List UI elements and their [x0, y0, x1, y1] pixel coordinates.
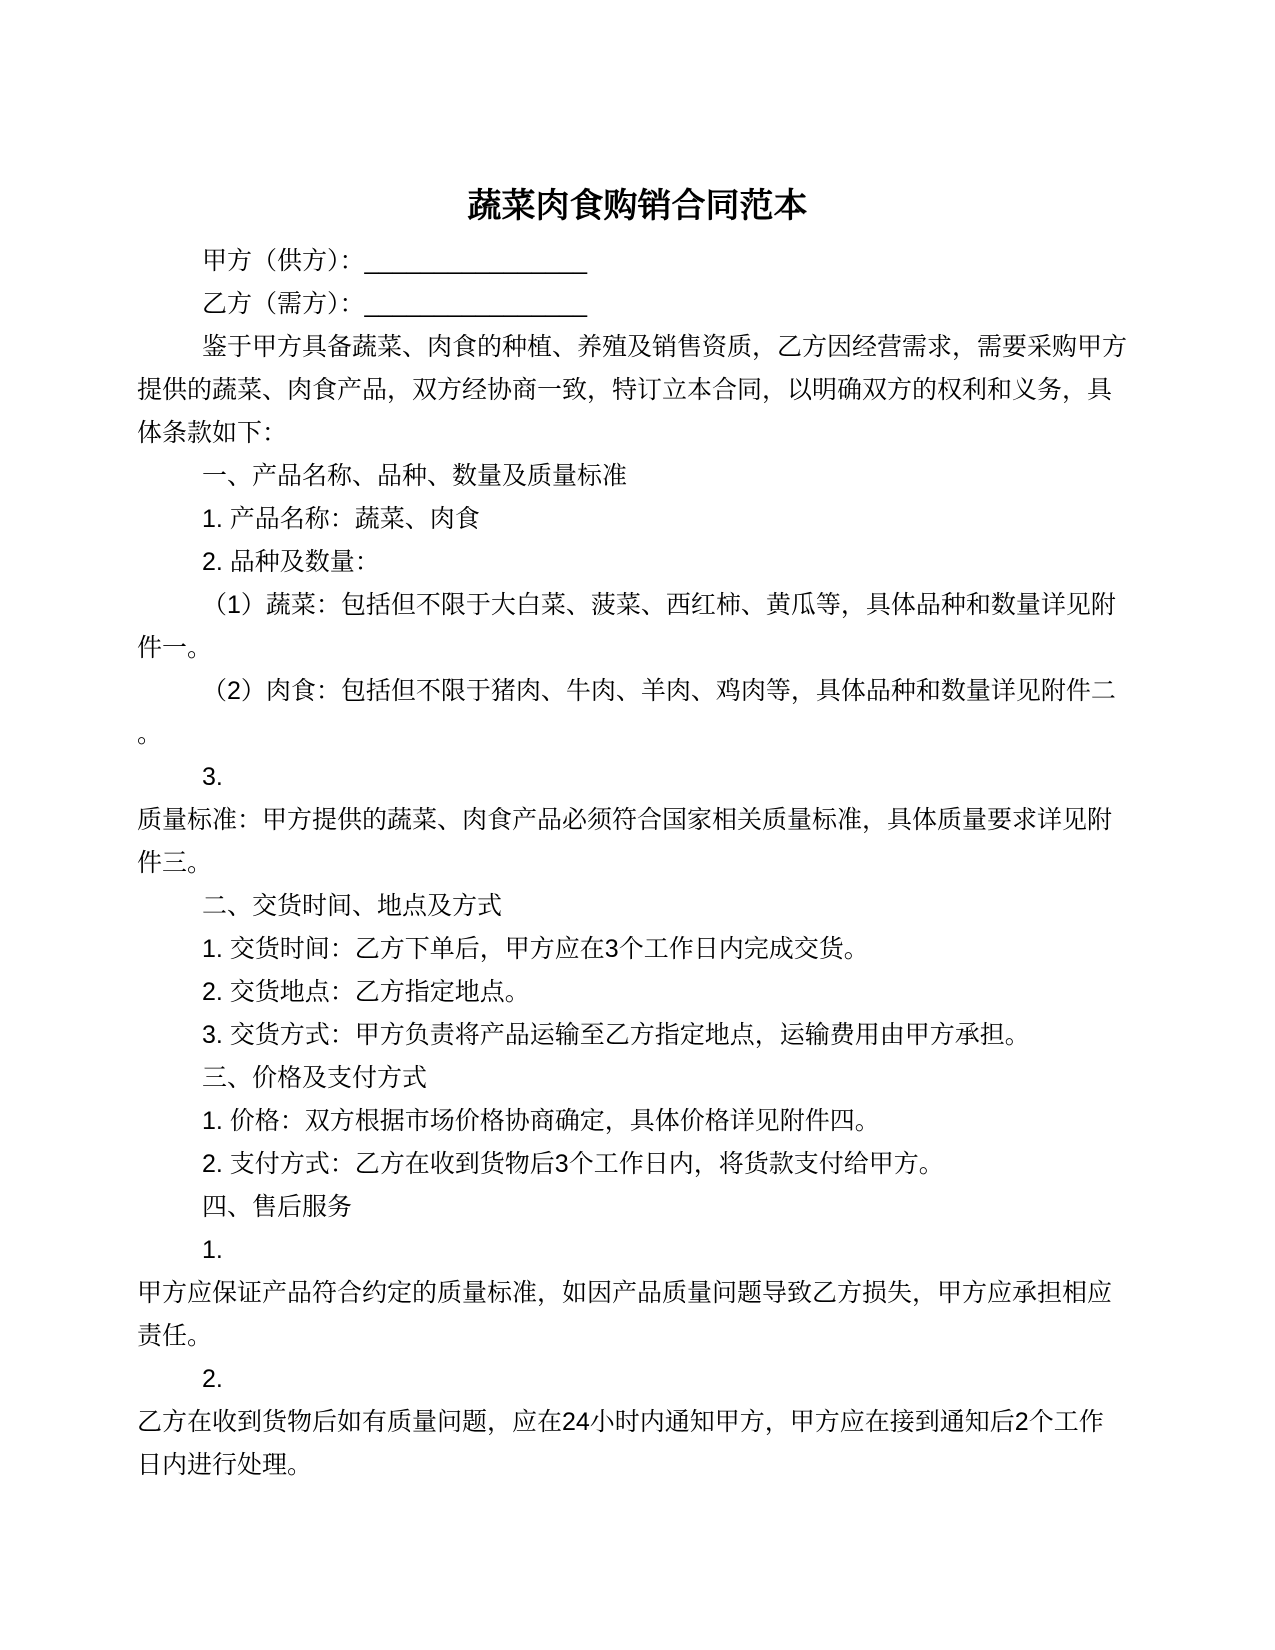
clause-line: 1.: [137, 1229, 1138, 1272]
clause-line: 2. 品种及数量：: [137, 541, 1138, 584]
contract-document: 蔬菜肉食购销合同范本 甲方（供方）：________________ 乙方（需方…: [0, 0, 1275, 1650]
clause-line: 甲方应保证产品符合约定的质量标准，如因产品质量问题导致乙方损失，甲方应承担相应: [137, 1272, 1138, 1315]
clause-line: 件一。: [137, 627, 1138, 670]
clause-line: 责任。: [137, 1315, 1138, 1358]
clause-line: 2.: [137, 1358, 1138, 1401]
section-3-heading: 三、价格及支付方式: [137, 1057, 1138, 1100]
clause-line: 1. 价格：双方根据市场价格协商确定，具体价格详见附件四。: [137, 1100, 1138, 1143]
clause-line: 质量标准：甲方提供的蔬菜、肉食产品必须符合国家相关质量标准，具体质量要求详见附: [137, 799, 1138, 842]
document-title: 蔬菜肉食购销合同范本: [137, 183, 1138, 229]
document-body: 甲方（供方）：________________ 乙方（需方）：_________…: [137, 240, 1138, 1487]
party-b-blank-line: ________________: [365, 290, 587, 318]
preamble-line: 鉴于甲方具备蔬菜、肉食的种植、养殖及销售资质，乙方因经营需求，需要采购甲方: [137, 326, 1138, 369]
preamble-line: 体条款如下：: [137, 412, 1138, 455]
clause-line: 乙方在收到货物后如有质量问题，应在24小时内通知甲方，甲方应在接到通知后2个工作: [137, 1401, 1138, 1444]
party-a-line: 甲方（供方）：________________: [137, 240, 1138, 283]
clause-line: 3. 交货方式：甲方负责将产品运输至乙方指定地点，运输费用由甲方承担。: [137, 1014, 1138, 1057]
clause-line: 2. 支付方式：乙方在收到货物后3个工作日内，将货款支付给甲方。: [137, 1143, 1138, 1186]
clause-line: （1）蔬菜：包括但不限于大白菜、菠菜、西红柿、黄瓜等，具体品种和数量详见附: [137, 584, 1138, 627]
clause-line: 3.: [137, 756, 1138, 799]
clause-line: 日内进行处理。: [137, 1444, 1138, 1487]
preamble-line: 提供的蔬菜、肉食产品，双方经协商一致，特订立本合同，以明确双方的权利和义务，具: [137, 369, 1138, 412]
clause-line: 2. 交货地点：乙方指定地点。: [137, 971, 1138, 1014]
clause-line: （2）肉食：包括但不限于猪肉、牛肉、羊肉、鸡肉等，具体品种和数量详见附件二: [137, 670, 1138, 713]
party-b-line: 乙方（需方）：________________: [137, 283, 1138, 326]
section-4-heading: 四、售后服务: [137, 1186, 1138, 1229]
clause-line: 1. 交货时间：乙方下单后，甲方应在3个工作日内完成交货。: [137, 928, 1138, 971]
party-a-blank-line: ________________: [365, 247, 587, 275]
section-2-heading: 二、交货时间、地点及方式: [137, 885, 1138, 928]
party-a-label: 甲方（供方）：: [202, 247, 365, 275]
section-1-heading: 一、产品名称、品种、数量及质量标准: [137, 455, 1138, 498]
clause-line: 1. 产品名称：蔬菜、肉食: [137, 498, 1138, 541]
clause-line: 件三。: [137, 842, 1138, 885]
party-b-label: 乙方（需方）：: [202, 290, 365, 318]
clause-line: 。: [137, 713, 1138, 756]
